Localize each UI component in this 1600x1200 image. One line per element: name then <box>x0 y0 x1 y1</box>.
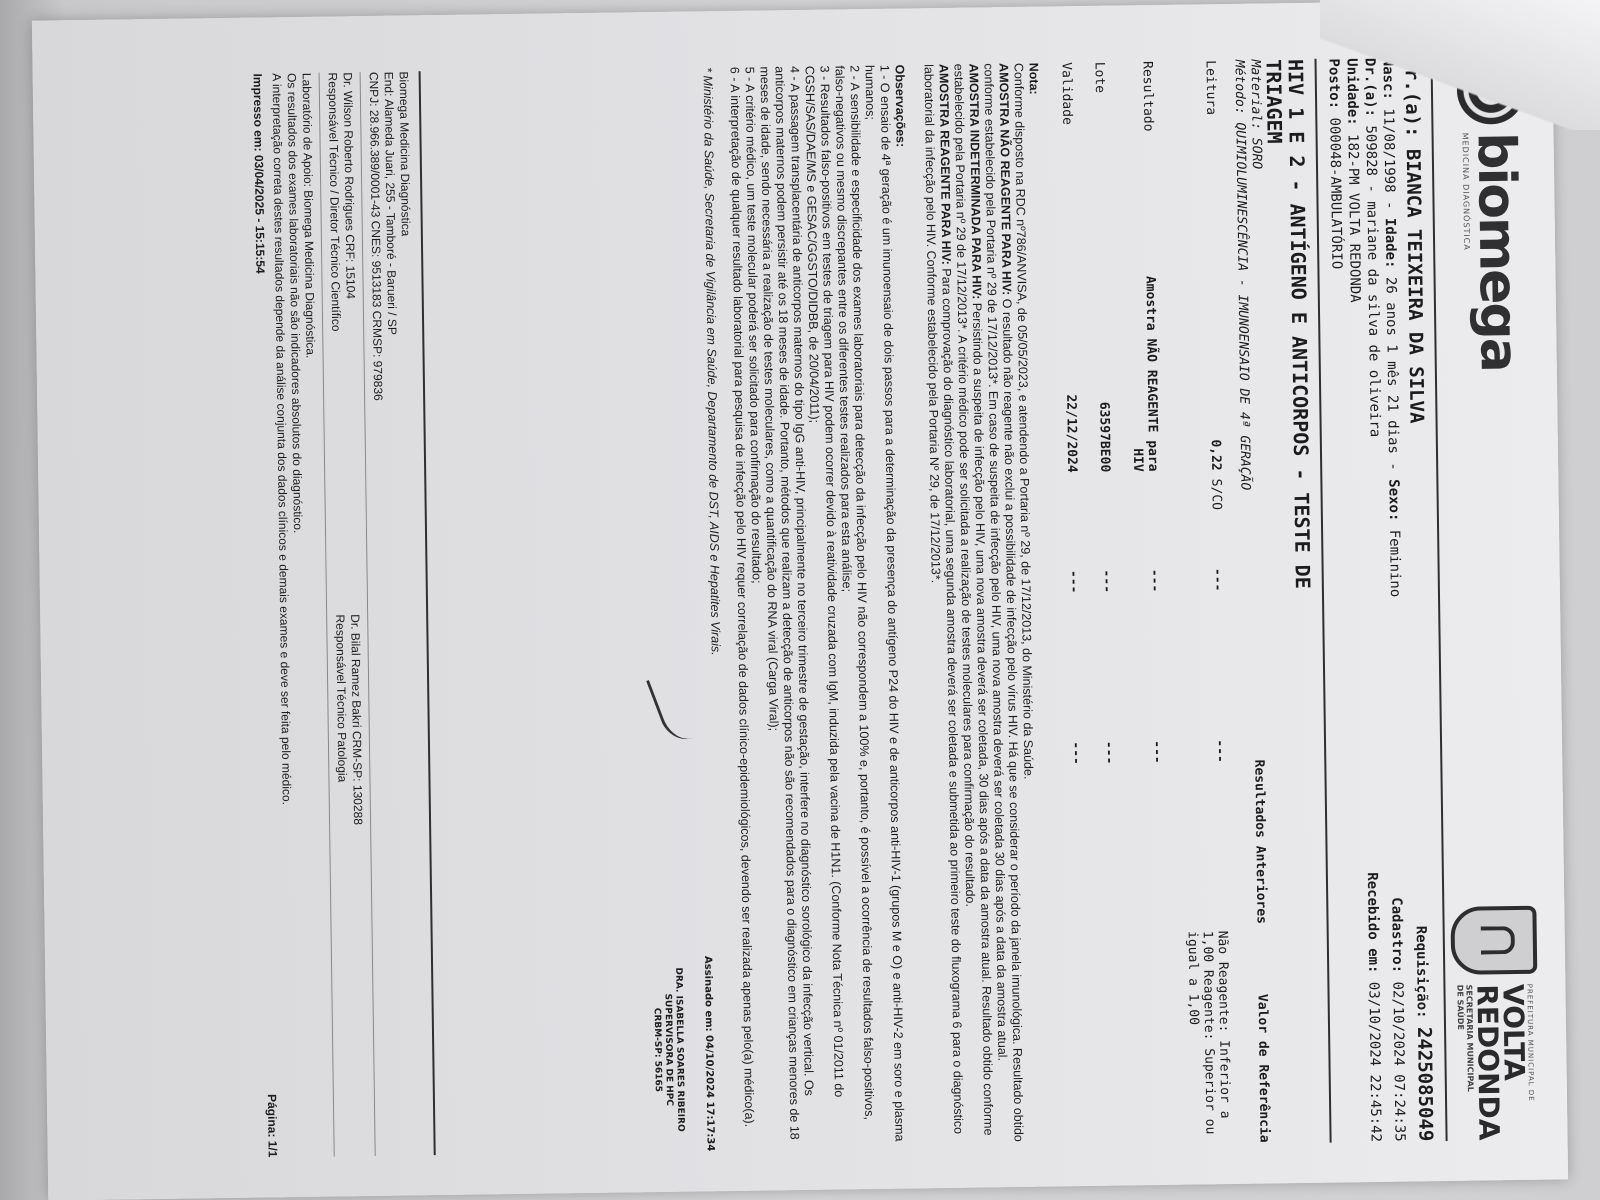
logo-text: biomega <box>1470 132 1525 371</box>
result-value: 0,22 <box>1175 274 1223 472</box>
col-reference-value: Valor de Referência <box>1255 994 1272 1143</box>
previous-result-2: --- <box>1133 700 1165 872</box>
registered-at: Cadastro: 02/10/2024 07:24:35 <box>1384 872 1412 1142</box>
result-unit <box>1097 472 1113 529</box>
patient-info: Sr.(a): BIANCA TEIXEIRA DA SILVA Nasc: 1… <box>1324 57 1447 1142</box>
signature-block: Assinado em: 04/10/2024 17:17:34 DRA. IS… <box>581 67 716 1153</box>
city-crest-icon <box>1450 906 1537 975</box>
result-unit: S/CO <box>1178 471 1224 529</box>
supervisor-info: DRA. ISABELLA SOARES RIBEIRO SUPERVISORA… <box>650 967 685 1132</box>
result-unit <box>1064 473 1080 530</box>
result-value: Amostra NÃO REAGENTE para HIV <box>1127 274 1160 471</box>
observations-list: 1 - O ensaio de 4ª geração é um imunoens… <box>727 65 907 1151</box>
patient-name: Sr.(a): BIANCA TEIXEIRA DA SILVA <box>1400 57 1430 597</box>
reference-value <box>1103 872 1122 1146</box>
request-number: Requisição: 2425085049 <box>1408 871 1438 1141</box>
previous-result-1: --- <box>1098 529 1115 701</box>
previous-result-1: --- <box>1065 530 1082 702</box>
result-unit <box>1130 471 1161 529</box>
result-value: 22/12/2024 <box>1061 276 1079 473</box>
result-row: Lote63597BE00------ <box>1092 62 1122 1146</box>
lab-report-page: biomega MEDICINA DIAGNÓSTICA PREFEITURA … <box>32 0 1568 1200</box>
reference-value <box>1136 871 1170 1145</box>
result-label: Leitura <box>1173 60 1221 274</box>
previous-result-1: --- <box>1131 529 1163 701</box>
reference-value: Não Reagente: Inferior a 1,00 Reagente: … <box>1184 871 1233 1145</box>
previous-result-2: --- <box>1100 701 1117 873</box>
result-row: ResultadoAmostra NÃO REAGENTE para HIV--… <box>1125 61 1170 1145</box>
previous-result-2: --- <box>1067 701 1084 873</box>
previous-result-2: --- <box>1181 699 1228 871</box>
result-row: Validade22/12/2024------ <box>1059 62 1089 1146</box>
reference-value <box>1070 873 1089 1147</box>
report-footer: Biomega Medicina Diagnóstica End: Alamed… <box>250 71 436 1157</box>
gov-name-2: REDONDA <box>1473 984 1501 1140</box>
exam-section: HIV 1 E 2 - ANTÍGENO E ANTICORPOS - TEST… <box>1059 59 1322 1146</box>
result-row: Leitura0,22S/CO------Não Reagente: Infer… <box>1173 60 1233 1145</box>
col-previous-results: Resultados Anteriores <box>1251 760 1268 925</box>
request-info: Requisição: 2425085049 Cadastro: 02/10/2… <box>1336 871 1438 1142</box>
volta-redonda-logo: PREFEITURA MUNICIPAL DE VOLTA REDONDA SE… <box>1450 906 1539 1141</box>
report-header: biomega MEDICINA DIAGNÓSTICA PREFEITURA … <box>1432 56 1539 1141</box>
received-at: Recebido em: 03/10/2024 22:45:42 <box>1360 872 1388 1142</box>
result-label: Lote <box>1092 62 1110 276</box>
paper-corner-curl <box>1320 0 1600 130</box>
result-label: Resultado <box>1125 61 1158 275</box>
previous-result-1: --- <box>1179 528 1226 700</box>
note-section: Nota: Conforme disposto na RDC nº786/ANV… <box>727 63 1056 1151</box>
result-value: 63597BE00 <box>1094 275 1112 472</box>
exam-title: HIV 1 E 2 - ANTÍGENO E ANTICORPOS - TEST… <box>1262 59 1314 620</box>
result-label: Validade <box>1059 62 1077 276</box>
